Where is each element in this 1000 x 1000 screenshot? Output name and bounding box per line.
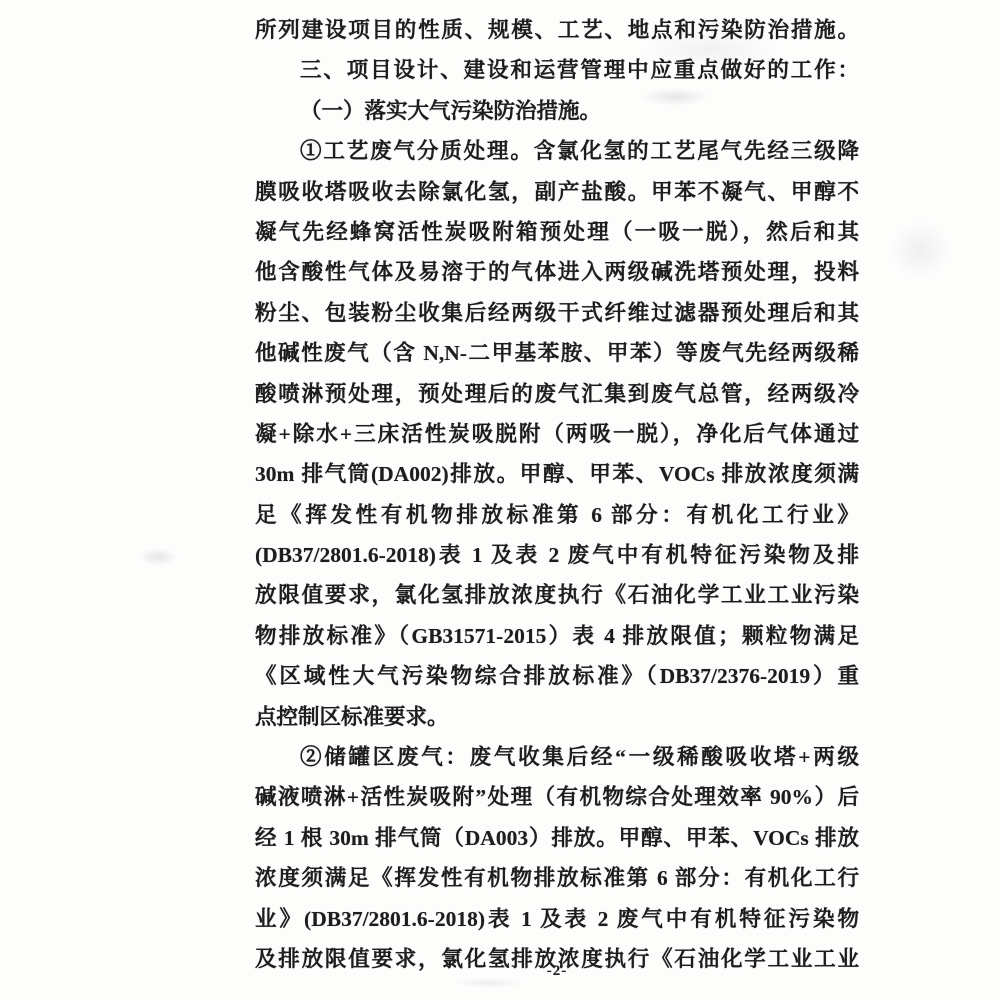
text-line: 粉尘、包装粉尘收集后经两级干式纤维过滤器预处理后和其 [255,293,859,333]
text-line: 《区域性大气污染物综合排放标准》（DB37/2376-2019）重 [255,656,859,696]
text-line: 三、项目设计、建设和运营管理中应重点做好的工作： [255,50,859,90]
text-line: ①工艺废气分质处理。含氯化氢的工艺尾气先经三级降 [255,131,859,171]
text-line: ②储罐区废气：废气收集后经“一级稀酸吸收塔+两级 [255,737,859,777]
text-line: 酸喷淋预处理，预处理后的废气汇集到废气总管，经两级冷 [255,374,859,414]
text-line: 凝+除水+三床活性炭吸脱附（两吸一脱），净化后气体通过 [255,414,859,454]
text-line: 浓度须满足《挥发性有机物排放标准第 6 部分：有机化工行 [255,858,859,898]
text-line: （一）落实大气污染防治措施。 [255,91,859,131]
text-line: (DB37/2801.6-2018)表 1 及表 2 废气中有机特征污染物及排 [255,535,859,575]
scan-artifact [890,220,950,280]
text-line: 点控制区标准要求。 [255,697,859,737]
page-footer: -2- [255,962,859,980]
text-line: 膜吸收塔吸收去除氯化氢，副产盐酸。甲苯不凝气、甲醇不 [255,172,859,212]
text-block: 所列建设项目的性质、规模、工艺、地点和污染防治措施。三、项目设计、建设和运营管理… [255,10,859,979]
scanned-document-page: 所列建设项目的性质、规模、工艺、地点和污染防治措施。三、项目设计、建设和运营管理… [0,0,1000,1000]
text-line: 业》(DB37/2801.6-2018)表 1 及表 2 废气中有机特征污染物 [255,899,859,939]
text-line: 凝气先经蜂窝活性炭吸附箱预处理（一吸一脱），然后和其 [255,212,859,252]
page-number: -2- [547,963,568,979]
text-line: 他碱性废气（含 N,N-二甲基苯胺、甲苯）等废气先经两级稀 [255,333,859,373]
text-line: 所列建设项目的性质、规模、工艺、地点和污染防治措施。 [255,10,859,50]
text-line: 放限值要求，氯化氢排放浓度执行《石油化学工业工业污染 [255,575,859,615]
text-line: 30m 排气筒(DA002)排放。甲醇、甲苯、VOCs 排放浓度须满 [255,454,859,494]
scan-artifact [138,548,178,566]
text-line: 经 1 根 30m 排气筒（DA003）排放。甲醇、甲苯、VOCs 排放 [255,818,859,858]
text-line: 碱液喷淋+活性炭吸附”处理（有机物综合处理效率 90%）后 [255,777,859,817]
text-line: 他含酸性气体及易溶于的气体进入两级碱洗塔预处理，投料 [255,252,859,292]
text-line: 足《挥发性有机物排放标准第 6 部分：有机化工行业》 [255,495,859,535]
text-line: 物排放标准》（GB31571-2015）表 4 排放限值；颗粒物满足 [255,616,859,656]
